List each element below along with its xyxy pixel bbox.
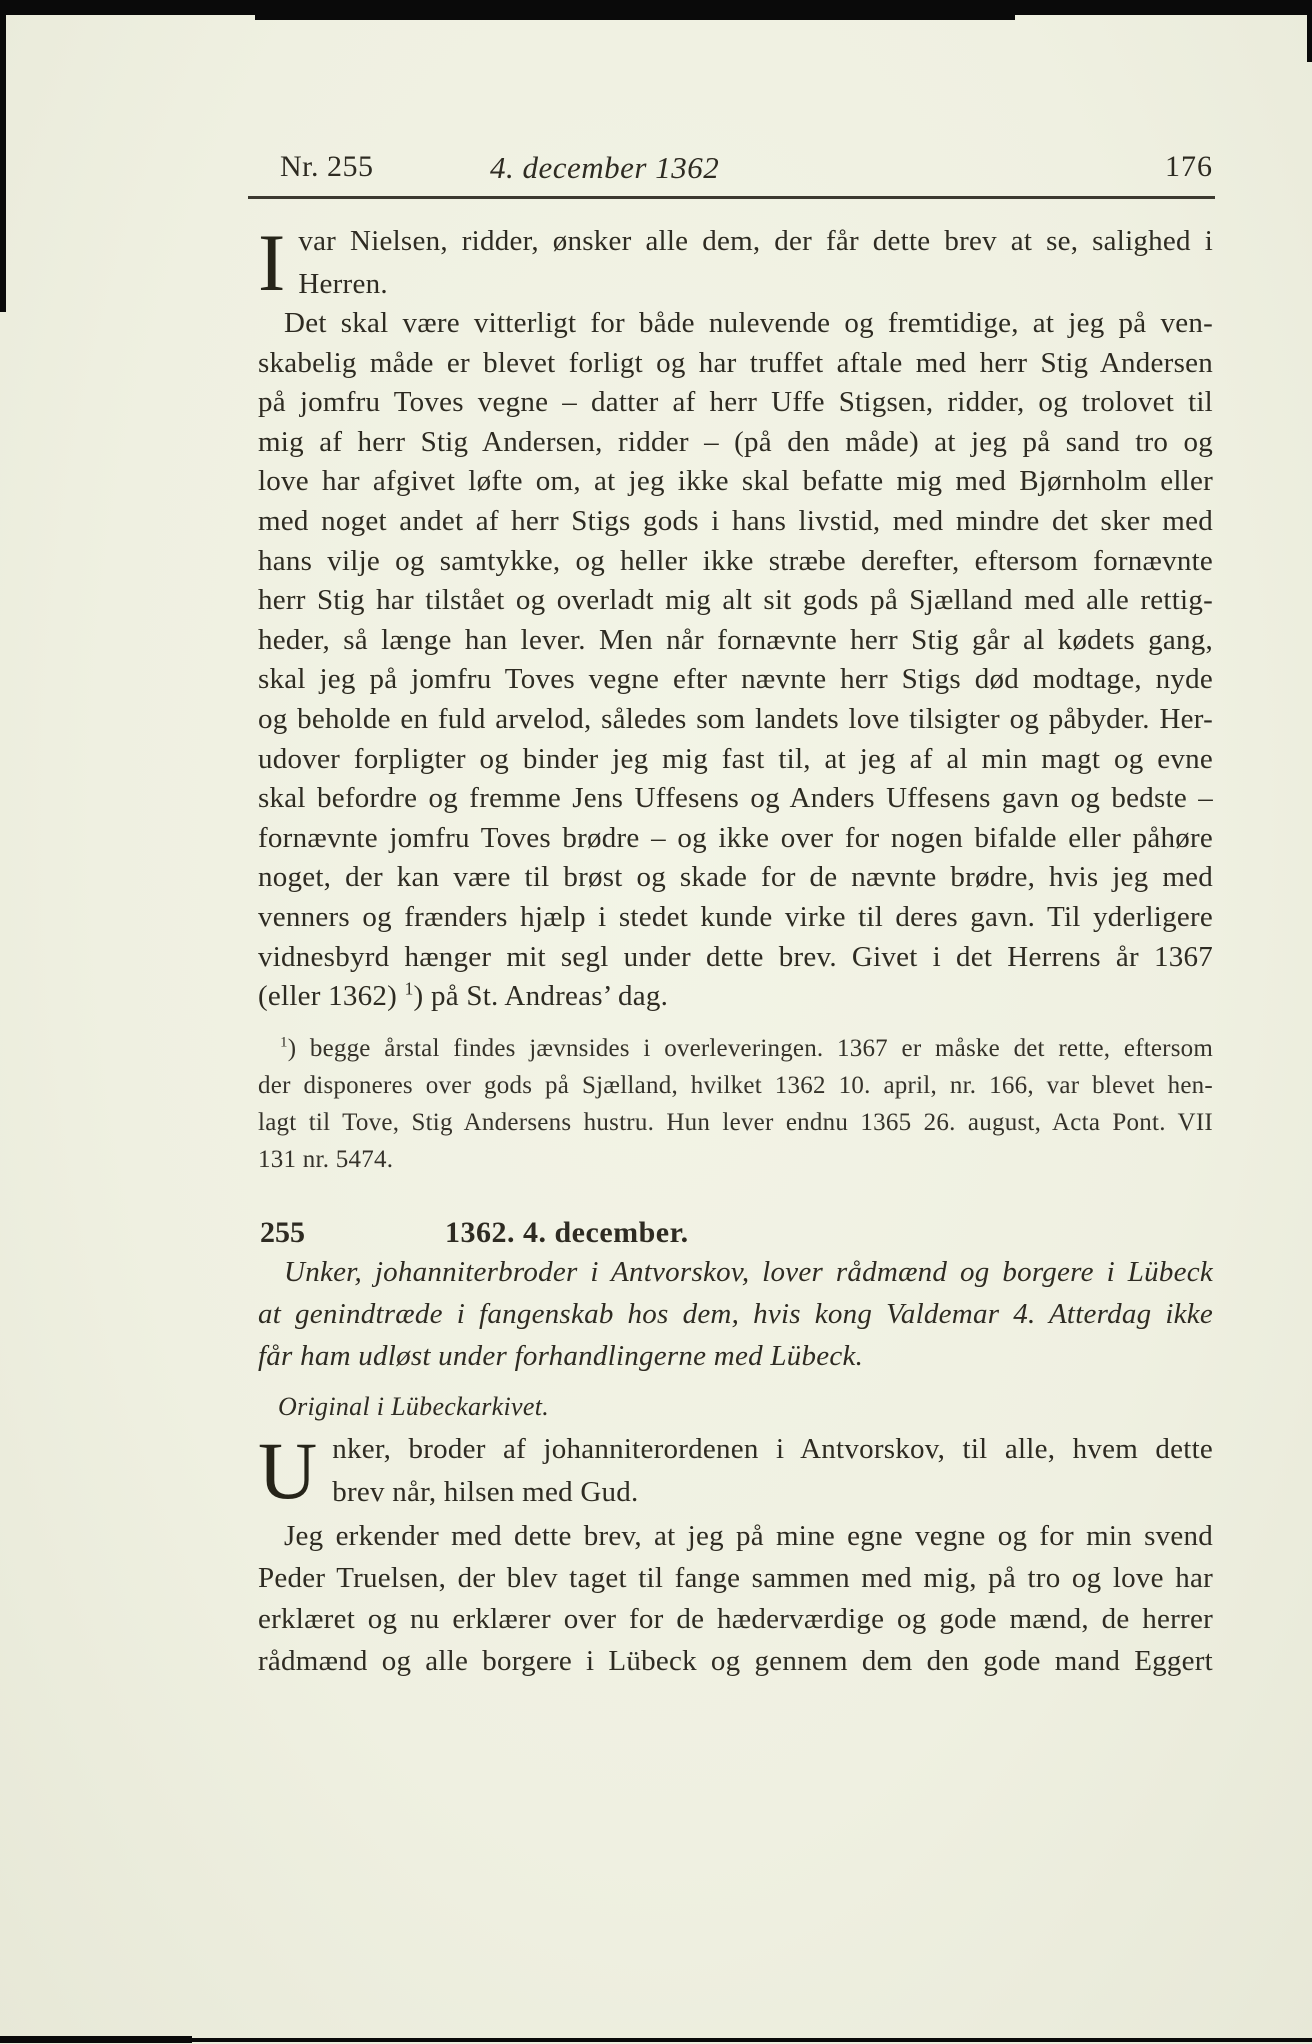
entry2-number: 255 <box>260 1216 305 1250</box>
text-line: mig af herr Stig Andersen, ridder – (på … <box>258 423 1213 463</box>
text-line: fornævnte jomfru Toves brødre – og ikke … <box>258 819 1213 859</box>
scan-bottom-edge-bar <box>0 2038 1312 2042</box>
entry2-opening-paragraph: U nker, broder af johanniterordenen i An… <box>258 1428 1213 1514</box>
text-line: rådmænd og alle borgere i Lübeck og genn… <box>258 1641 1213 1683</box>
header-date: 4. december 1362 <box>490 150 719 186</box>
scan-right-edge-bar <box>1307 0 1312 62</box>
entry2-closing-paragraph: Jeg erkender med dette brev, at jeg på m… <box>258 1516 1213 1682</box>
entry1-opening-lines: var Nielsen, ridder, ønsker alle dem, de… <box>258 220 1213 306</box>
footnote-rest-lines: der disponeres over gods på Sjælland, hv… <box>258 1067 1213 1178</box>
text-line: erklæret og nu erklærer over for de hæde… <box>258 1599 1213 1641</box>
scan-left-edge-mark <box>0 280 4 310</box>
footnote-marker: 1 <box>280 1035 288 1051</box>
entry2-opening-lines: nker, broder af johanniterordenen i Antv… <box>258 1428 1213 1514</box>
text-line: Unker, johanniterbroder i Antvorskov, lo… <box>258 1251 1213 1293</box>
text-line: brev når, hilsen med Gud. <box>258 1471 1213 1514</box>
text-line: var Nielsen, ridder, ønsker alle dem, de… <box>258 220 1213 263</box>
entry1-opening-paragraph: I var Nielsen, ridder, ønsker alle dem, … <box>258 220 1213 306</box>
text-line: at genindtræde i fangenskab hos dem, hvi… <box>258 1293 1213 1335</box>
final-line-post: ) på St. Andreas’ dag. <box>414 980 669 1012</box>
header-rule <box>248 196 1215 199</box>
entry2-date-heading: 1362. 4. december. <box>445 1216 689 1250</box>
text-line: heder, så længe han lever. Men når fornæ… <box>258 621 1213 661</box>
text-line: udover forpligter og binder jeg mig fast… <box>258 740 1213 780</box>
text-line: 131 nr. 5474. <box>258 1141 1213 1178</box>
text-line: Herren. <box>258 263 1213 306</box>
dropcap-letter-u: U <box>258 1432 317 1512</box>
scan-left-edge-bar <box>0 0 6 312</box>
text-line: vidnesbyrd hænger mit segl under dette b… <box>258 938 1213 978</box>
scan-bottom-edge-bar-thick <box>0 2036 192 2043</box>
entry1-final-line: (eller 1362) 1) på St. Andreas’ dag. <box>258 977 1213 1017</box>
text-line: skal befordre og fremme Jens Uffesens og… <box>258 779 1213 819</box>
text-line: der disponeres over gods på Sjælland, hv… <box>258 1067 1213 1104</box>
text-line: får ham udløst under forhandlingerne med… <box>258 1335 1213 1377</box>
header-page-number: 176 <box>1165 150 1213 184</box>
text-line: skabelig måde er blevet forligt og har t… <box>258 344 1213 384</box>
text-line: nker, broder af johanniterordenen i Antv… <box>258 1428 1213 1471</box>
scan-top-edge-bar-thick <box>255 0 1015 20</box>
final-line-pre: (eller 1362) <box>258 980 405 1012</box>
running-header: Nr. 255 4. december 1362 176 <box>258 150 1213 190</box>
footnote-first-text: ) begge årstal findes jævnsides i overle… <box>288 1035 1213 1062</box>
text-line: skal jeg på jomfru Toves vegne efter næv… <box>258 660 1213 700</box>
entry2-source-note: Original i Lübeckarkivet. <box>258 1392 1213 1422</box>
text-line: venners og frænders hjælp i stedet kunde… <box>258 898 1213 938</box>
entry1-footnote: 1) begge årstal findes jævnsides i overl… <box>258 1030 1213 1178</box>
text-line: med noget andet af herr Stigs gods i han… <box>258 502 1213 542</box>
header-entry-number: Nr. 255 <box>280 150 374 184</box>
scanned-book-page: Nr. 255 4. december 1362 176 I var Niels… <box>0 0 1312 2044</box>
text-line: lagt til Tove, Stig Andersens hustru. Hu… <box>258 1104 1213 1141</box>
dropcap-letter-i: I <box>258 224 285 304</box>
text-line: love har afgivet løfte om, at jeg ikke s… <box>258 462 1213 502</box>
footnote-first-line: 1) begge årstal findes jævnsides i overl… <box>258 1030 1213 1067</box>
entry2-heading: 255 1362. 4. december. <box>258 1216 1213 1254</box>
entry2-summary: Unker, johanniterbroder i Antvorskov, lo… <box>258 1251 1213 1377</box>
text-line: hans vilje og samtykke, og heller ikke s… <box>258 542 1213 582</box>
text-line: herr Stig har tilstået og overladt mig a… <box>258 581 1213 621</box>
text-line: Jeg erkender med dette brev, at jeg på m… <box>258 1516 1213 1558</box>
text-line: Peder Truelsen, der blev taget til fange… <box>258 1558 1213 1600</box>
footnote-reference-mark: 1 <box>405 978 414 998</box>
text-line: på jomfru Toves vegne – datter af herr U… <box>258 383 1213 423</box>
text-line: Det skal være vitterligt for både nuleve… <box>258 304 1213 344</box>
text-line: noget, der kan være til brøst og skade f… <box>258 858 1213 898</box>
entry1-main-paragraph: Det skal være vitterligt for både nuleve… <box>258 304 1213 977</box>
text-line: og beholde en fuld arvelod, således som … <box>258 700 1213 740</box>
